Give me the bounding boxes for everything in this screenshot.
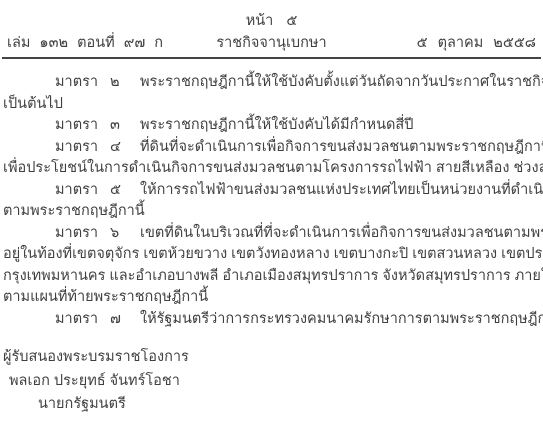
section-text: เขตที่ดินในบริเวณที่ที่จะดำเนินการเพื่อก… — [140, 225, 543, 241]
section-label: มาตรา — [55, 137, 110, 159]
volume-info: เล่ม ๑๓๒ ตอนที่ ๙๗ ก — [7, 32, 216, 54]
section-6-line-1: มาตรา๖เขตที่ดินในบริเวณที่ที่จะดำเนินการ… — [3, 223, 540, 245]
section-text: พระราชกฤษฎีกานี้ให้ใช้บังคับได้มีกำหนดสี… — [140, 117, 413, 133]
section-text: ให้การรถไฟฟ้าขนส่งมวลชนแห่งประเทศไทยเป็น… — [140, 182, 543, 198]
section-6-line-3: กรุงเทพมหานคร และอำเภอบางพลี อำเภอเมืองส… — [3, 266, 540, 288]
section-text: ให้รัฐมนตรีว่าการกระทรวงคมนาคมรักษาการตา… — [140, 311, 543, 327]
gazette-title: ราชกิจจานุเบกษา — [216, 32, 326, 54]
section-label: มาตรา — [55, 115, 110, 137]
section-number: ๖ — [110, 223, 140, 245]
section-label: มาตรา — [55, 180, 110, 202]
section-5-line-2: ตามพระราชกฤษฎีกานี้ — [3, 201, 540, 223]
section-7-line-1: มาตรา๗ให้รัฐมนตรีว่าการกระทรวงคมนาคมรักษ… — [3, 309, 540, 331]
section-text: ที่ดินที่จะดำเนินการเพื่อกิจการขนส่งมวลช… — [140, 139, 543, 155]
section-6-line-2: อยู่ในท้องที่เขตจตุจักร เขตห้วยขวาง เขตว… — [3, 244, 540, 266]
section-label: มาตรา — [55, 72, 110, 94]
countersign-line: ผู้รับสนองพระบรมราชโองการ — [3, 346, 189, 370]
signature-block: ผู้รับสนองพระบรมราชโองการ พลเอก ประยุทธ์… — [3, 346, 189, 417]
section-number: ๔ — [110, 137, 140, 159]
page-number: หน้า ๕ — [246, 13, 298, 29]
section-3-line-1: มาตรา๓พระราชกฤษฎีกานี้ให้ใช้บังคับได้มีก… — [3, 115, 540, 137]
header-divider — [2, 57, 541, 59]
section-number: ๕ — [110, 180, 140, 202]
section-4-line-1: มาตรา๔ที่ดินที่จะดำเนินการเพื่อกิจการขนส… — [3, 137, 540, 159]
decree-body: มาตรา๒พระราชกฤษฎีกานี้ให้ใช้บังคับตั้งแต… — [0, 72, 543, 330]
section-6-line-4: ตามแผนที่ท้ายพระราชกฤษฎีกานี้ — [3, 287, 540, 309]
section-label: มาตรา — [55, 309, 110, 331]
section-number: ๒ — [110, 72, 140, 94]
page-header: หน้า ๕ — [0, 0, 543, 32]
gazette-page: หน้า ๕ เล่ม ๑๓๒ ตอนที่ ๙๗ ก ราชกิจจานุเบ… — [0, 0, 543, 428]
masthead: เล่ม ๑๓๒ ตอนที่ ๙๗ ก ราชกิจจานุเบกษา ๕ ต… — [0, 32, 543, 54]
section-number: ๓ — [110, 115, 140, 137]
publication-date: ๕ ตุลาคม ๒๕๕๘ — [327, 32, 536, 54]
signer-name: พลเอก ประยุทธ์ จันทร์โอชา — [3, 370, 189, 394]
signer-title: นายกรัฐมนตรี — [3, 393, 189, 417]
section-4-line-2: เพื่อประโยชน์ในการดำเนินกิจการขนส่งมวลชน… — [3, 158, 540, 180]
section-number: ๗ — [110, 309, 140, 331]
section-5-line-1: มาตรา๕ให้การรถไฟฟ้าขนส่งมวลชนแห่งประเทศไ… — [3, 180, 540, 202]
section-label: มาตรา — [55, 223, 110, 245]
section-2-line-2: เป็นต้นไป — [3, 94, 540, 116]
section-text: พระราชกฤษฎีกานี้ให้ใช้บังคับตั้งแต่วันถั… — [140, 74, 543, 90]
section-2-line-1: มาตรา๒พระราชกฤษฎีกานี้ให้ใช้บังคับตั้งแต… — [3, 72, 540, 94]
